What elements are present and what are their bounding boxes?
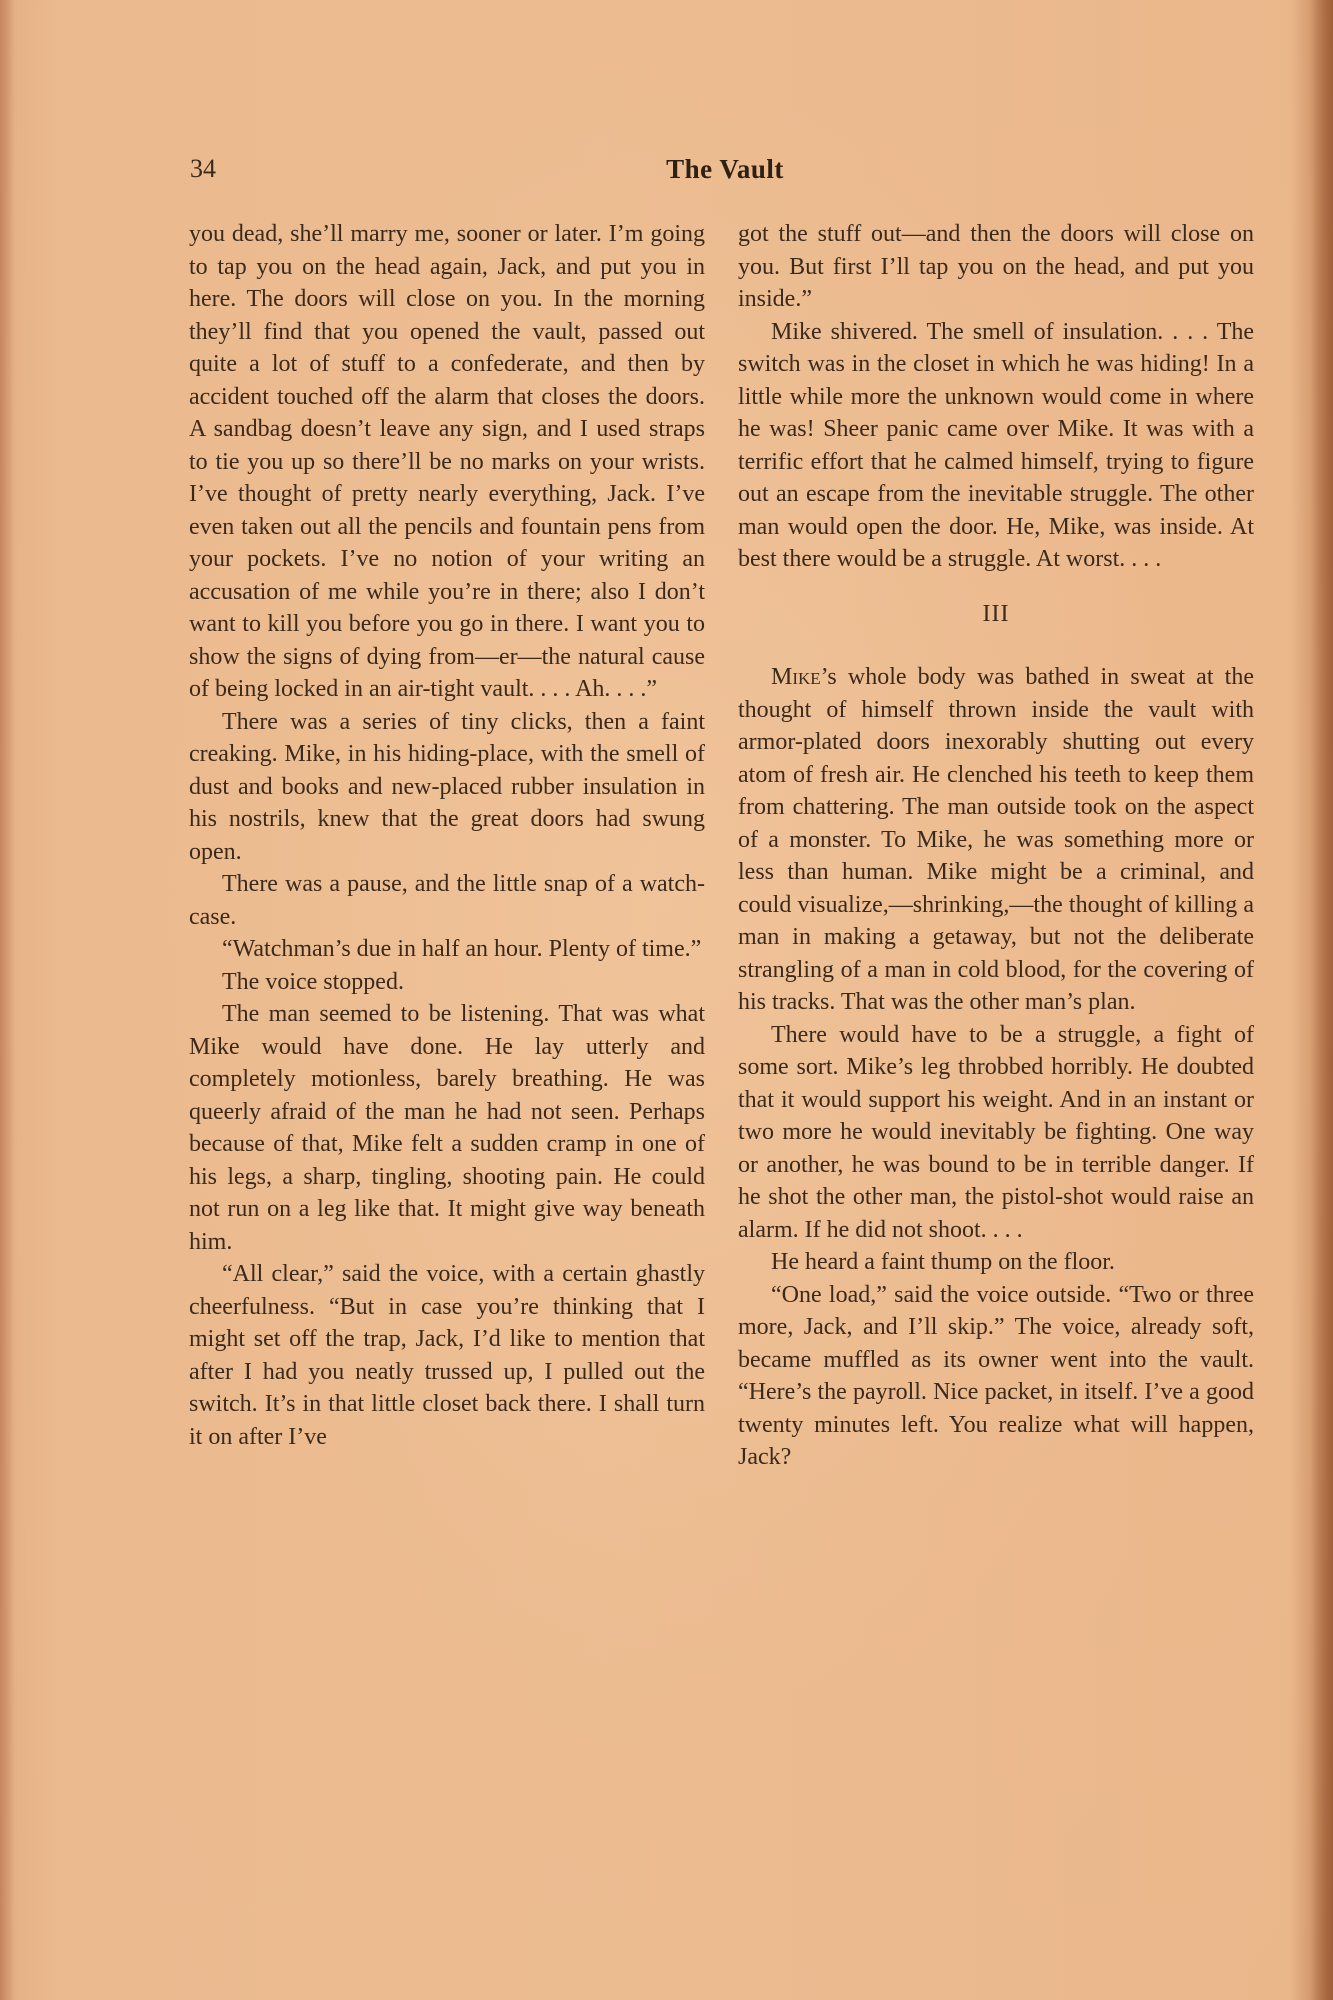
book-page: 34 The Vault you dead, she’ll marry me, …: [0, 0, 1333, 2000]
section-first-word: Mike: [771, 664, 821, 690]
paragraph: The man seemed to be listening. That was…: [189, 998, 705, 1258]
right-column: got the stuff out—and then the doors wil…: [738, 218, 1254, 1474]
paragraph: There was a pause, and the little snap o…: [189, 868, 705, 933]
paragraph: The voice stopped.: [189, 966, 705, 999]
page-left-edge: [0, 0, 14, 2000]
paragraph: “All clear,” said the voice, with a cert…: [189, 1258, 705, 1453]
paragraph: There would have to be a struggle, a fig…: [738, 1019, 1254, 1247]
paragraph: got the stuff out—and then the doors wil…: [738, 218, 1254, 316]
section-heading: III: [738, 598, 1254, 631]
running-title: The Vault: [190, 154, 1260, 185]
paragraph: Mike shivered. The smell of insulation. …: [738, 316, 1254, 576]
paragraph: “One load,” said the voice outside. “Two…: [738, 1279, 1254, 1474]
paragraph: He heard a faint thump on the floor.: [738, 1246, 1254, 1279]
page-right-edge: [1311, 0, 1333, 2000]
section-first-paragraph-rest: ’s whole body was bathed in sweat at the…: [738, 664, 1254, 1015]
paragraph: There was a series of tiny clicks, then …: [189, 706, 705, 869]
paragraph: “Watchman’s due in half an hour. Plenty …: [189, 933, 705, 966]
left-column: you dead, she’ll marry me, sooner or lat…: [189, 218, 705, 1453]
paragraph: you dead, she’ll marry me, sooner or lat…: [189, 218, 705, 706]
section-opening-paragraph: Mike’s whole body was bathed in sweat at…: [738, 661, 1254, 1019]
running-head: 34 The Vault: [190, 154, 1260, 188]
